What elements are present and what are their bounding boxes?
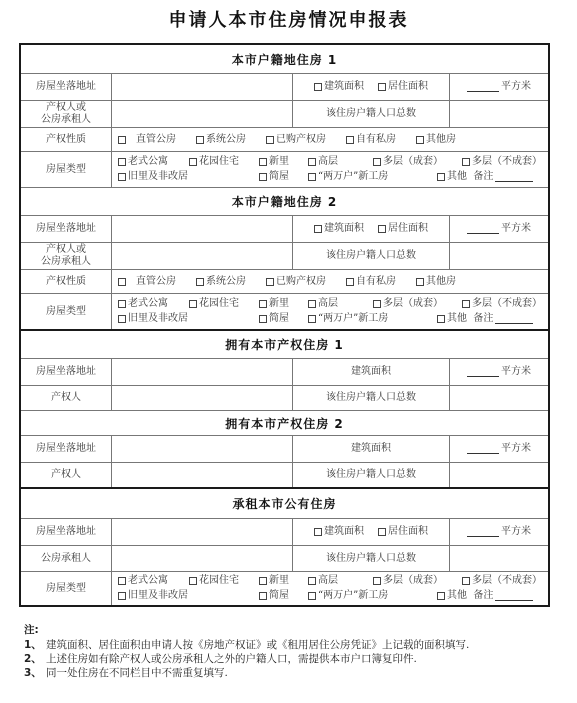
checkbox-icon: [118, 278, 126, 286]
address-label: 房屋坐落地址: [21, 74, 112, 100]
s1-nature-option[interactable]: 已购产权房: [266, 134, 326, 146]
s2-building-area-checkbox[interactable]: 建筑面积: [314, 223, 364, 235]
checkbox-icon: [462, 158, 470, 166]
note-text: 建筑面积、居住面积由申请人按《房地产权证》或《租用居住公房凭证》上记载的面积填写…: [46, 638, 554, 652]
address-label: 房屋坐落地址: [21, 359, 112, 385]
checkbox-icon: [308, 158, 316, 166]
checkbox-label: 居住面积: [388, 223, 428, 235]
s5-type-option[interactable]: 多层（成套）: [373, 575, 443, 587]
notes-heading: 注:: [24, 623, 554, 637]
checkbox-label: 多层（不成套）: [472, 575, 542, 587]
s3-area-input[interactable]: [467, 367, 499, 377]
remark-label: 备注: [473, 313, 493, 325]
note-item: 1、 建筑面积、居住面积由申请人按《房地产权证》或《租用居住公房凭证》上记载的面…: [24, 638, 554, 652]
s2-type-option[interactable]: 花园住宅: [189, 298, 239, 310]
s2-nature-row: 产权性质 直管公房 系统公房 已购产权房 自有私房 其他房: [21, 270, 548, 294]
s4-area-input[interactable]: [467, 444, 499, 454]
unit-label: 平方米: [501, 81, 531, 93]
checkbox-icon: [346, 136, 354, 144]
s5-type-option[interactable]: 花园住宅: [189, 575, 239, 587]
checkbox-label: 新里: [269, 298, 289, 310]
checkbox-label: 旧里及非改居: [128, 590, 188, 602]
s2-type-option[interactable]: 多层（不成套）: [462, 298, 542, 310]
checkbox-icon: [118, 173, 126, 181]
checkbox-label: 多层（成套）: [383, 156, 443, 168]
label-line: 产权人或: [46, 102, 86, 114]
checkbox-icon: [308, 315, 316, 323]
s1-area-type-cell: 建筑面积 居住面积: [293, 74, 450, 100]
checkbox-icon: [416, 278, 424, 286]
s2-type-option[interactable]: 高层: [308, 298, 338, 310]
s5-address-input[interactable]: [112, 519, 293, 545]
s1-type-option[interactable]: 多层（成套）: [373, 156, 443, 168]
s4-address-row: 房屋坐落地址 建筑面积 平方米: [21, 436, 548, 463]
s2-area-type-cell: 建筑面积 居住面积: [293, 216, 450, 242]
household-population-label: 该住房户籍人口总数: [293, 463, 450, 487]
s1-living-area-checkbox[interactable]: 居住面积: [378, 81, 428, 93]
s5-remark-input[interactable]: [495, 591, 533, 601]
public-tenant-label: 公房承租人: [21, 546, 112, 571]
s2-type-option[interactable]: “两万户”新工房: [308, 313, 388, 325]
s2-type-row: 房屋类型 老式公寓 花园住宅 新里 高层 多层（成套） 多层（不成套） 旧里及非…: [21, 294, 548, 329]
checkbox-label: 已购产权房: [276, 276, 326, 288]
checkbox-label: 高层: [318, 298, 338, 310]
s4-owner-input[interactable]: [112, 463, 293, 487]
s4-population-input[interactable]: [450, 463, 548, 487]
s1-nature-row: 产权性质 直管公房 系统公房 已购产权房 自有私房 其他房: [21, 128, 548, 152]
owner-or-tenant-label: 产权人或 公房承租人: [21, 101, 112, 127]
notes-section: 注: 1、 建筑面积、居住面积由申请人按《房地产权证》或《租用居住公房凭证》上记…: [24, 623, 554, 680]
checkbox-icon: [373, 577, 381, 585]
note-text: 同一处住房在不同栏目中不需重复填写.: [46, 666, 554, 680]
s1-area-input[interactable]: [467, 82, 499, 92]
checkbox-icon: [314, 83, 322, 91]
checkbox-label: 多层（不成套）: [472, 298, 542, 310]
s4-area-value-cell: 平方米: [450, 436, 548, 462]
checkbox-icon: [118, 136, 126, 144]
checkbox-label: 建筑面积: [324, 526, 364, 538]
s5-area-type-cell: 建筑面积 居住面积: [293, 519, 450, 545]
s3-address-input[interactable]: [112, 359, 293, 385]
checkbox-icon: [437, 592, 445, 600]
s3-owner-row: 产权人 该住房户籍人口总数: [21, 386, 548, 410]
s1-owner-row: 产权人或 公房承租人 该住房户籍人口总数: [21, 101, 548, 128]
s2-nature-option[interactable]: 其他房: [416, 276, 456, 288]
s1-nature-option[interactable]: 直管公房: [118, 134, 176, 146]
s1-nature-option[interactable]: 其他房: [416, 134, 456, 146]
address-label: 房屋坐落地址: [21, 519, 112, 545]
s2-type-option[interactable]: 简屋: [259, 313, 289, 325]
checkbox-label: 直管公房: [136, 276, 176, 288]
s5-living-area-checkbox[interactable]: 居住面积: [378, 526, 428, 538]
section-header-owned-2: 拥有本市产权住房 2: [21, 410, 548, 436]
application-form-page: 申请人本市住房情况申报表 本市户籍地住房 1 房屋坐落地址 建筑面积 居住面积 …: [0, 0, 577, 703]
s1-address-input[interactable]: [112, 74, 293, 100]
checkbox-icon: [266, 278, 274, 286]
checkbox-label: 系统公房: [206, 134, 246, 146]
note-text: 上述住房如有除产权人或公房承租人之外的户籍人口，需提供本市户口簿复印件.: [46, 652, 554, 666]
checkbox-label: 多层（成套）: [383, 575, 443, 587]
checkbox-label: 多层（成套）: [383, 298, 443, 310]
s2-nature-options: 直管公房 系统公房 已购产权房 自有私房 其他房: [112, 270, 548, 293]
checkbox-icon: [378, 83, 386, 91]
s2-address-row: 房屋坐落地址 建筑面积 居住面积 平方米: [21, 216, 548, 243]
s2-address-input[interactable]: [112, 216, 293, 242]
checkbox-label: 多层（不成套）: [472, 156, 542, 168]
s2-area-input[interactable]: [467, 224, 499, 234]
remark-label: 备注: [473, 171, 493, 183]
s3-address-row: 房屋坐落地址 建筑面积 平方米: [21, 359, 548, 386]
house-type-label: 房屋类型: [21, 294, 112, 329]
s2-remark-input[interactable]: [495, 314, 533, 324]
s2-nature-option[interactable]: 自有私房: [346, 276, 396, 288]
note-number: 2、: [24, 652, 46, 666]
s5-type-option[interactable]: “两万户”新工房: [308, 590, 388, 602]
owner-label: 产权人: [21, 463, 112, 487]
checkbox-icon: [259, 592, 267, 600]
checkbox-label: 花园住宅: [199, 575, 239, 587]
checkbox-label: 自有私房: [356, 134, 396, 146]
s5-type-option[interactable]: 多层（不成套）: [462, 575, 542, 587]
checkbox-label: 简屋: [269, 590, 289, 602]
s1-building-area-checkbox[interactable]: 建筑面积: [314, 81, 364, 93]
checkbox-label: 高层: [318, 575, 338, 587]
s3-population-input[interactable]: [450, 386, 548, 410]
s2-type-option[interactable]: 旧里及非改居: [118, 313, 188, 325]
checkbox-icon: [378, 528, 386, 536]
checkbox-icon: [308, 577, 316, 585]
note-number: 3、: [24, 666, 46, 680]
building-area-label: 建筑面积: [293, 436, 450, 462]
checkbox-label: 其他房: [426, 276, 456, 288]
s2-type-option[interactable]: 新里: [259, 298, 289, 310]
checkbox-label: 其他: [447, 313, 467, 325]
checkbox-icon: [308, 173, 316, 181]
s5-area-value-cell: 平方米: [450, 519, 548, 545]
remark-label: 备注: [473, 590, 493, 602]
building-area-label: 建筑面积: [293, 359, 450, 385]
s2-type-options: 老式公寓 花园住宅 新里 高层 多层（成套） 多层（不成套） 旧里及非改居 简屋…: [112, 294, 548, 329]
s1-type-option[interactable]: 简屋: [259, 171, 289, 183]
s1-type-option[interactable]: 花园住宅: [189, 156, 239, 168]
owner-or-tenant-label: 产权人或 公房承租人: [21, 243, 112, 269]
s5-type-row: 房屋类型 老式公寓 花园住宅 新里 高层 多层（成套） 多层（不成套） 旧里及非…: [21, 572, 548, 605]
checkbox-icon: [346, 278, 354, 286]
s5-population-input[interactable]: [450, 546, 548, 571]
s3-owner-input[interactable]: [112, 386, 293, 410]
section-header-household-1: 本市户籍地住房 1: [21, 45, 548, 74]
checkbox-label: 花园住宅: [199, 156, 239, 168]
note-item: 2、 上述住房如有除产权人或公房承租人之外的户籍人口，需提供本市户口簿复印件.: [24, 652, 554, 666]
checkbox-icon: [118, 158, 126, 166]
checkbox-icon: [259, 158, 267, 166]
s1-type-option[interactable]: 高层: [308, 156, 338, 168]
checkbox-icon: [259, 577, 267, 585]
s5-building-area-checkbox[interactable]: 建筑面积: [314, 526, 364, 538]
checkbox-icon: [462, 577, 470, 585]
s1-type-option[interactable]: 其他 备注: [437, 171, 535, 183]
house-type-label: 房屋类型: [21, 152, 112, 187]
unit-label: 平方米: [501, 223, 531, 235]
checkbox-label: 居住面积: [388, 81, 428, 93]
owner-label: 产权人: [21, 386, 112, 410]
label-line: 产权人或: [46, 244, 86, 256]
s5-type-option[interactable]: 旧里及非改居: [118, 590, 188, 602]
s5-type-option[interactable]: 高层: [308, 575, 338, 587]
checkbox-icon: [196, 136, 204, 144]
checkbox-icon: [314, 225, 322, 233]
checkbox-label: 建筑面积: [324, 223, 364, 235]
checkbox-icon: [118, 315, 126, 323]
s2-living-area-checkbox[interactable]: 居住面积: [378, 223, 428, 235]
s5-tenant-input[interactable]: [112, 546, 293, 571]
s5-type-option[interactable]: 其他 备注: [437, 590, 535, 602]
checkbox-label: 其他房: [426, 134, 456, 146]
checkbox-label: 其他: [447, 171, 467, 183]
checkbox-icon: [259, 173, 267, 181]
checkbox-icon: [259, 300, 267, 308]
unit-label: 平方米: [501, 366, 531, 378]
s1-area-value-cell: 平方米: [450, 74, 548, 100]
checkbox-label: 高层: [318, 156, 338, 168]
s2-population-input[interactable]: [450, 243, 548, 269]
checkbox-icon: [189, 158, 197, 166]
s1-nature-option[interactable]: 系统公房: [196, 134, 246, 146]
checkbox-label: “两万户”新工房: [318, 590, 388, 602]
checkbox-icon: [259, 315, 267, 323]
s1-type-option[interactable]: 多层（不成套）: [462, 156, 542, 168]
s2-area-value-cell: 平方米: [450, 216, 548, 242]
property-nature-label: 产权性质: [21, 270, 112, 293]
s4-owner-row: 产权人 该住房户籍人口总数: [21, 463, 548, 487]
checkbox-icon: [373, 300, 381, 308]
s5-address-row: 房屋坐落地址 建筑面积 居住面积 平方米: [21, 519, 548, 546]
unit-label: 平方米: [501, 526, 531, 538]
s1-type-option[interactable]: “两万户”新工房: [308, 171, 388, 183]
s1-type-options: 老式公寓 花园住宅 新里 高层 多层（成套） 多层（不成套） 旧里及非改居 简屋…: [112, 152, 548, 187]
s2-owner-input[interactable]: [112, 243, 293, 269]
s5-area-input[interactable]: [467, 527, 499, 537]
household-population-label: 该住房户籍人口总数: [293, 546, 450, 571]
s1-nature-option[interactable]: 自有私房: [346, 134, 396, 146]
s1-type-option[interactable]: 新里: [259, 156, 289, 168]
checkbox-label: 旧里及非改居: [128, 313, 188, 325]
checkbox-label: “两万户”新工房: [318, 313, 388, 325]
checkbox-label: 建筑面积: [324, 81, 364, 93]
checkbox-icon: [118, 577, 126, 585]
checkbox-icon: [462, 300, 470, 308]
s5-type-option[interactable]: 老式公寓: [118, 575, 168, 587]
label-line: 公房承租人: [41, 256, 91, 268]
checkbox-label: 其他: [447, 590, 467, 602]
checkbox-label: 旧里及非改居: [128, 171, 188, 183]
s1-type-option[interactable]: 旧里及非改居: [118, 171, 188, 183]
checkbox-icon: [437, 173, 445, 181]
checkbox-icon: [378, 225, 386, 233]
section-header-owned-1: 拥有本市产权住房 1: [21, 329, 548, 359]
checkbox-icon: [314, 528, 322, 536]
checkbox-label: 系统公房: [206, 276, 246, 288]
s5-type-options: 老式公寓 花园住宅 新里 高层 多层（成套） 多层（不成套） 旧里及非改居 简屋…: [112, 572, 548, 605]
checkbox-icon: [118, 300, 126, 308]
property-nature-label: 产权性质: [21, 128, 112, 151]
note-item: 3、 同一处住房在不同栏目中不需重复填写.: [24, 666, 554, 680]
s2-nature-option[interactable]: 系统公房: [196, 276, 246, 288]
address-label: 房屋坐落地址: [21, 436, 112, 462]
checkbox-label: 直管公房: [136, 134, 176, 146]
checkbox-label: 老式公寓: [128, 156, 168, 168]
checkbox-label: 花园住宅: [199, 298, 239, 310]
form-title: 申请人本市住房情况申报表: [0, 6, 577, 32]
unit-label: 平方米: [501, 443, 531, 455]
checkbox-label: 新里: [269, 575, 289, 587]
s2-owner-row: 产权人或 公房承租人 该住房户籍人口总数: [21, 243, 548, 270]
s2-type-option[interactable]: 老式公寓: [118, 298, 168, 310]
s2-nature-option[interactable]: 直管公房: [118, 276, 176, 288]
section-header-public-rental: 承租本市公有住房: [21, 487, 548, 519]
s2-type-option[interactable]: 多层（成套）: [373, 298, 443, 310]
checkbox-label: 老式公寓: [128, 575, 168, 587]
checkbox-label: 自有私房: [356, 276, 396, 288]
checkbox-icon: [266, 136, 274, 144]
checkbox-icon: [308, 592, 316, 600]
house-type-label: 房屋类型: [21, 572, 112, 605]
checkbox-icon: [373, 158, 381, 166]
checkbox-label: 新里: [269, 156, 289, 168]
checkbox-icon: [308, 300, 316, 308]
section-header-household-2: 本市户籍地住房 2: [21, 187, 548, 216]
household-population-label: 该住房户籍人口总数: [293, 101, 450, 127]
s4-address-input[interactable]: [112, 436, 293, 462]
checkbox-label: 已购产权房: [276, 134, 326, 146]
s2-nature-option[interactable]: 已购产权房: [266, 276, 326, 288]
s1-remark-input[interactable]: [495, 172, 533, 182]
label-line: 公房承租人: [41, 114, 91, 126]
address-label: 房屋坐落地址: [21, 216, 112, 242]
note-number: 1、: [24, 638, 46, 652]
checkbox-label: 简屋: [269, 171, 289, 183]
s5-type-option[interactable]: 简屋: [259, 590, 289, 602]
s1-type-row: 房屋类型 老式公寓 花园住宅 新里 高层 多层（成套） 多层（不成套） 旧里及非…: [21, 152, 548, 187]
household-population-label: 该住房户籍人口总数: [293, 243, 450, 269]
s3-area-value-cell: 平方米: [450, 359, 548, 385]
s2-type-option[interactable]: 其他 备注: [437, 313, 535, 325]
s1-address-row: 房屋坐落地址 建筑面积 居住面积 平方米: [21, 74, 548, 101]
checkbox-icon: [189, 577, 197, 585]
checkbox-icon: [196, 278, 204, 286]
checkbox-icon: [118, 592, 126, 600]
s1-nature-options: 直管公房 系统公房 已购产权房 自有私房 其他房: [112, 128, 548, 151]
s5-tenant-row: 公房承租人 该住房户籍人口总数: [21, 546, 548, 572]
s5-type-option[interactable]: 新里: [259, 575, 289, 587]
checkbox-icon: [416, 136, 424, 144]
checkbox-label: 简屋: [269, 313, 289, 325]
household-population-label: 该住房户籍人口总数: [293, 386, 450, 410]
checkbox-label: “两万户”新工房: [318, 171, 388, 183]
checkbox-label: 居住面积: [388, 526, 428, 538]
s1-population-input[interactable]: [450, 101, 548, 127]
checkbox-icon: [189, 300, 197, 308]
housing-declaration-table: 本市户籍地住房 1 房屋坐落地址 建筑面积 居住面积 平方米 产权人或 公房承租…: [19, 43, 550, 607]
s1-owner-input[interactable]: [112, 101, 293, 127]
s1-type-option[interactable]: 老式公寓: [118, 156, 168, 168]
checkbox-label: 老式公寓: [128, 298, 168, 310]
checkbox-icon: [437, 315, 445, 323]
